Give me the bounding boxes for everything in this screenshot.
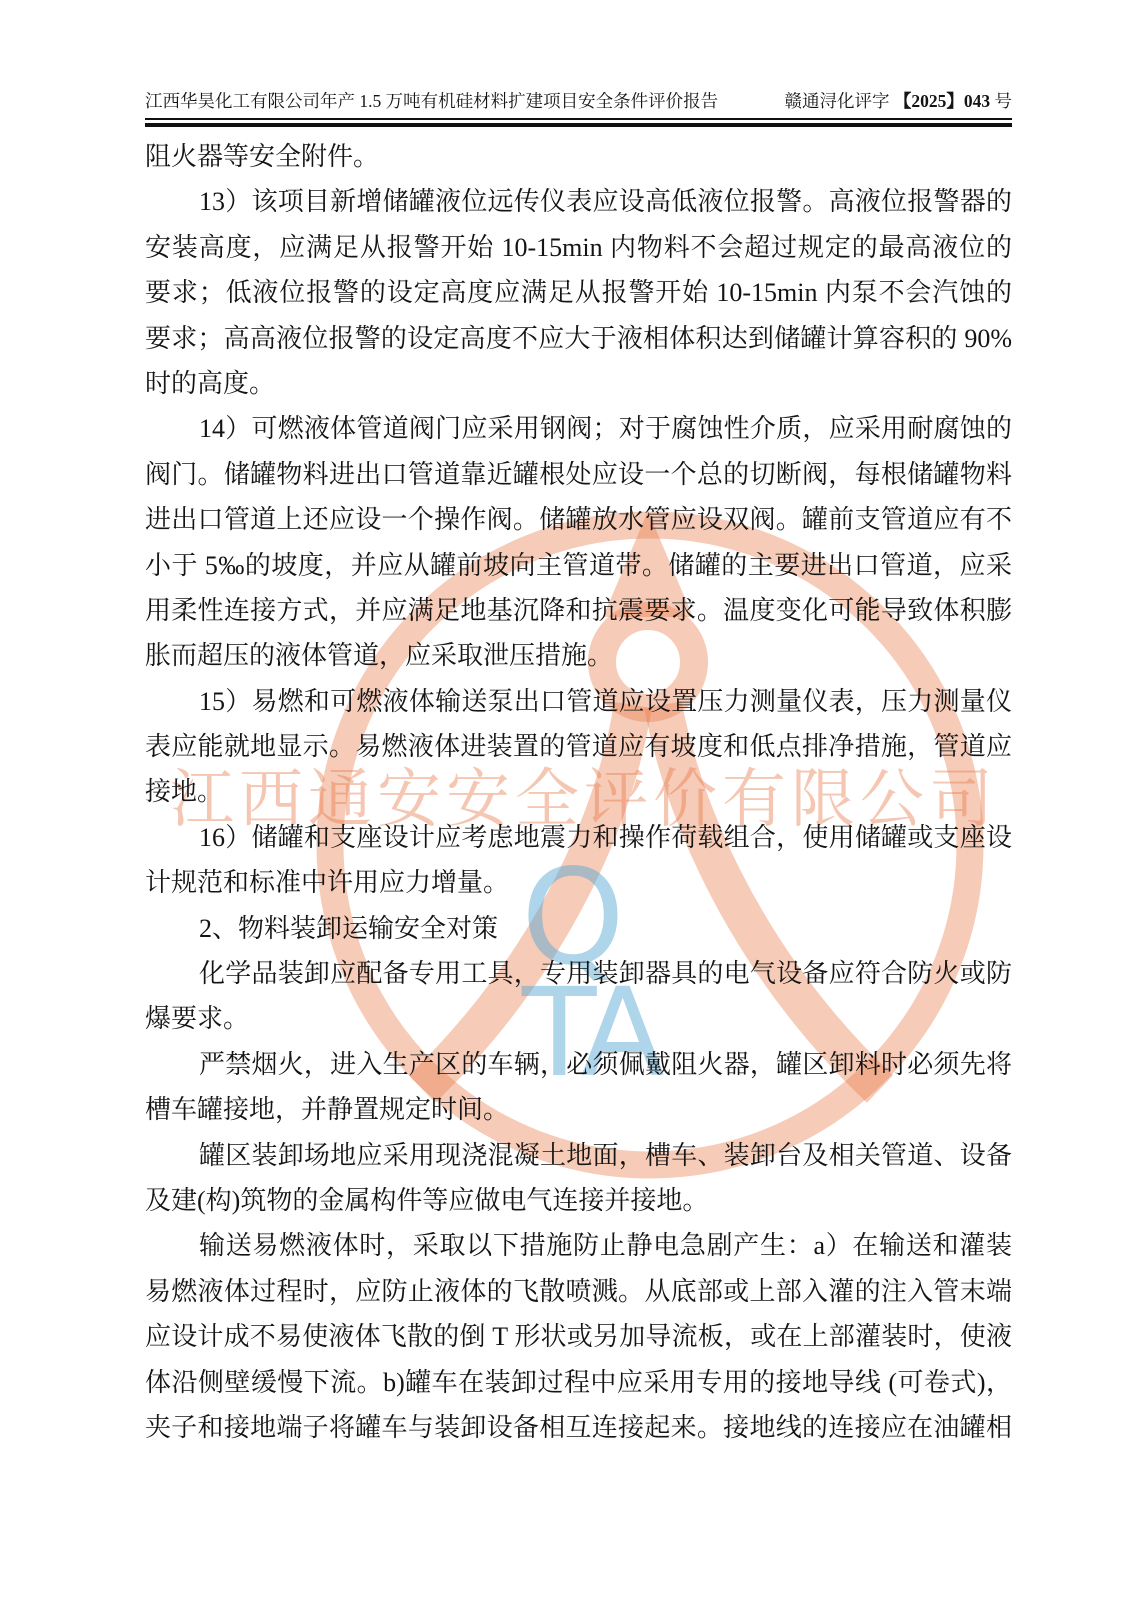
body-line: 16）储罐和支座设计应考虑地震力和操作荷载组合，使用储罐或支座设 bbox=[145, 815, 1012, 860]
body-line: 及建(构)筑物的金属构件等应做电气连接并接地。 bbox=[145, 1178, 1012, 1223]
body-line: 胀而超压的液体管道，应采取泄压措施。 bbox=[145, 633, 1012, 678]
body-section-heading: 2、物料装卸运输安全对策 bbox=[145, 906, 1012, 951]
body-line: 要求；低液位报警的设定高度应满足从报警开始 10-15min 内泵不会汽蚀的 bbox=[145, 270, 1012, 315]
document-body: 阻火器等安全附件。 13）该项目新增储罐液位远传仪表应设高低液位报警。高液位报警… bbox=[145, 134, 1012, 1450]
body-line: 易燃液体过程时，应防止液体的飞散喷溅。从底部或上部入灌的注入管末端 bbox=[145, 1269, 1012, 1314]
body-line: 阻火器等安全附件。 bbox=[145, 134, 1012, 179]
doc-number-value: 【2025】043 bbox=[894, 91, 990, 111]
header-right-doc-number: 赣通浔化评字 【2025】043 号 bbox=[785, 88, 1013, 113]
doc-number-suffix: 号 bbox=[995, 91, 1013, 111]
body-line: 用柔性连接方式，并应满足地基沉降和抗震要求。温度变化可能导致体积膨 bbox=[145, 588, 1012, 633]
body-line: 时的高度。 bbox=[145, 361, 1012, 406]
body-line: 计规范和标准中许用应力增量。 bbox=[145, 860, 1012, 905]
body-line: 化学品装卸应配备专用工具，专用装卸器具的电气设备应符合防火或防 bbox=[145, 951, 1012, 996]
body-line: 夹子和接地端子将罐车与装卸设备相互连接起来。接地线的连接应在油罐相 bbox=[145, 1405, 1012, 1450]
doc-number-prefix: 赣通浔化评字 bbox=[785, 91, 890, 111]
body-line: 安装高度，应满足从报警开始 10-15min 内物料不会超过规定的最高液位的 bbox=[145, 225, 1012, 270]
header-left-title: 江西华昊化工有限公司年产 1.5 万吨有机硅材料扩建项目安全条件评价报告 bbox=[145, 88, 718, 113]
body-line: 进出口管道上还应设一个操作阀。储罐放水管应设双阀。罐前支管道应有不 bbox=[145, 497, 1012, 542]
body-line: 接地。 bbox=[145, 769, 1012, 814]
body-line: 15）易燃和可燃液体输送泵出口管道应设置压力测量仪表，压力测量仪 bbox=[145, 679, 1012, 724]
body-line: 爆要求。 bbox=[145, 996, 1012, 1041]
body-line: 13）该项目新增储罐液位远传仪表应设高低液位报警。高液位报警器的 bbox=[145, 179, 1012, 224]
header-rule-thin bbox=[145, 118, 1012, 120]
body-line: 严禁烟火，进入生产区的车辆，必须佩戴阻火器，罐区卸料时必须先将 bbox=[145, 1042, 1012, 1087]
body-line: 体沿侧壁缓慢下流。b)罐车在装卸过程中应采用专用的接地导线 (可卷式)， bbox=[145, 1360, 1012, 1405]
body-line: 罐区装卸场地应采用现浇混凝土地面，槽车、装卸台及相关管道、设备 bbox=[145, 1133, 1012, 1178]
header-rule-thick bbox=[145, 123, 1012, 127]
body-line: 小于 5‰的坡度，并应从罐前坡向主管道带。储罐的主要进出口管道，应采 bbox=[145, 543, 1012, 588]
page-header: 江西华昊化工有限公司年产 1.5 万吨有机硅材料扩建项目安全条件评价报告 赣通浔… bbox=[145, 88, 1012, 113]
body-line: 14）可燃液体管道阀门应采用钢阀；对于腐蚀性介质，应采用耐腐蚀的 bbox=[145, 406, 1012, 451]
body-line: 输送易燃液体时，采取以下措施防止静电急剧产生：a）在输送和灌装 bbox=[145, 1223, 1012, 1268]
body-line: 表应能就地显示。易燃液体进装置的管道应有坡度和低点排净措施，管道应 bbox=[145, 724, 1012, 769]
document-page: 江西华昊化工有限公司年产 1.5 万吨有机硅材料扩建项目安全条件评价报告 赣通浔… bbox=[0, 0, 1131, 1600]
body-line: 应设计成不易使液体飞散的倒 T 形状或另加导流板，或在上部灌装时，使液 bbox=[145, 1314, 1012, 1359]
body-line: 阀门。储罐物料进出口管道靠近罐根处应设一个总的切断阀，每根储罐物料 bbox=[145, 452, 1012, 497]
body-line: 要求；高高液位报警的设定高度不应大于液相体积达到储罐计算容积的 90% bbox=[145, 316, 1012, 361]
body-line: 槽车罐接地，并静置规定时间。 bbox=[145, 1087, 1012, 1132]
